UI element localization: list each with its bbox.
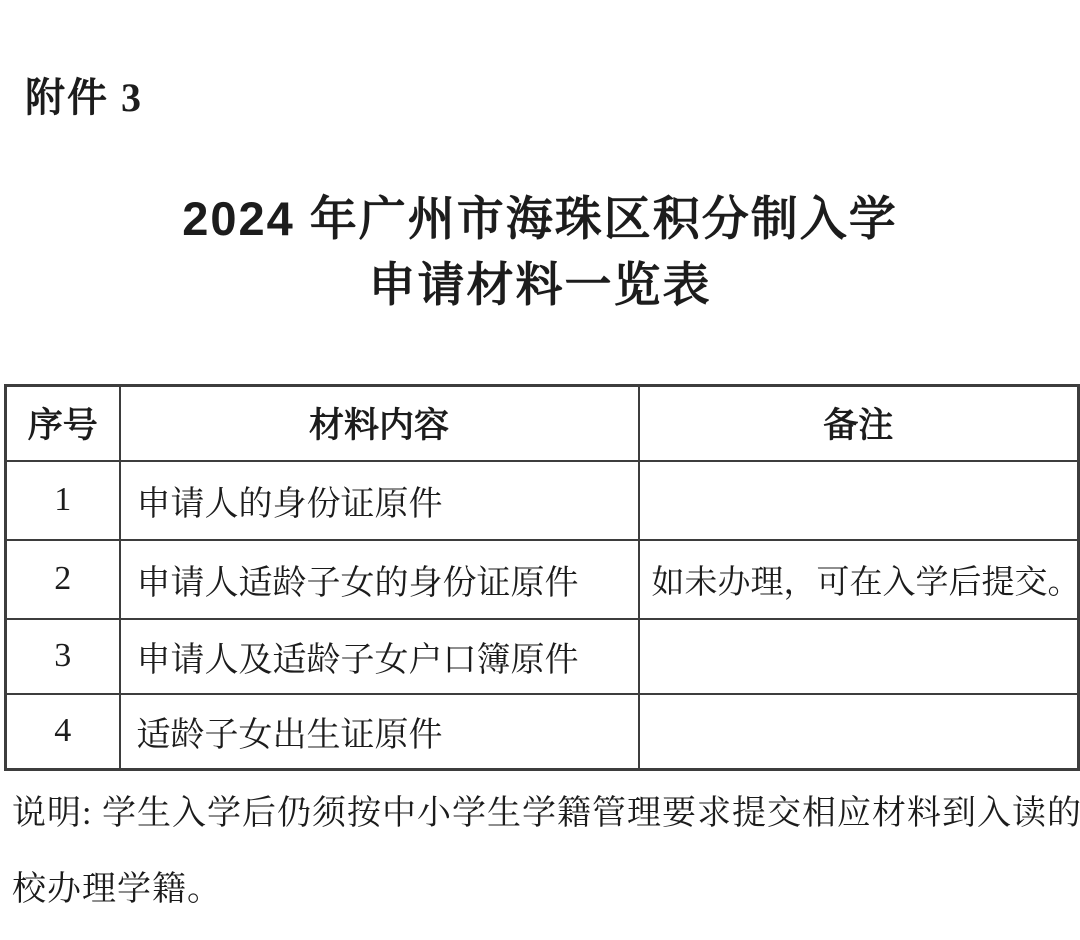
cell-material: 申请人的身份证原件 bbox=[120, 461, 639, 540]
note: 说明: 学生入学后仍须按中小学生学籍管理要求提交相应材料到入读的学 校办理学籍。 bbox=[12, 776, 1076, 928]
table-row: 4 适龄子女出生证原件 bbox=[6, 694, 1079, 770]
note-line-1: 说明: 学生入学后仍须按中小学生学籍管理要求提交相应材料到入读的学 bbox=[12, 776, 1076, 852]
table-row: 1 申请人的身份证原件 bbox=[6, 461, 1079, 540]
column-header-remark: 备注 bbox=[639, 386, 1079, 461]
document-page: 附件 3 2024 年广州市海珠区积分制入学 申请材料一览表 序号 材料内容 备… bbox=[0, 0, 1080, 940]
attachment-label: 附件 3 bbox=[25, 66, 143, 123]
table-row: 2 申请人适龄子女的身份证原件 如未办理，可在入学后提交。 bbox=[6, 540, 1079, 619]
cell-no: 4 bbox=[6, 694, 120, 770]
cell-no: 1 bbox=[6, 461, 120, 540]
note-line-2: 校办理学籍。 bbox=[12, 852, 1076, 928]
column-header-material: 材料内容 bbox=[120, 386, 639, 461]
cell-remark bbox=[639, 619, 1079, 694]
document-title-line-1: 2024 年广州市海珠区积分制入学 bbox=[0, 186, 1080, 252]
table-row: 3 申请人及适龄子女户口簿原件 bbox=[6, 619, 1079, 694]
cell-no: 2 bbox=[6, 540, 120, 619]
table-header-row: 序号 材料内容 备注 bbox=[6, 386, 1079, 461]
cell-material: 申请人适龄子女的身份证原件 bbox=[120, 540, 639, 619]
document-title: 2024 年广州市海珠区积分制入学 申请材料一览表 bbox=[0, 186, 1080, 318]
column-header-no: 序号 bbox=[6, 386, 120, 461]
cell-remark bbox=[639, 461, 1079, 540]
cell-material: 适龄子女出生证原件 bbox=[120, 694, 639, 770]
materials-table: 序号 材料内容 备注 1 申请人的身份证原件 2 申请人适龄子女的身份证原件 如… bbox=[4, 384, 1080, 771]
cell-remark: 如未办理，可在入学后提交。 bbox=[639, 540, 1079, 619]
document-title-line-2: 申请材料一览表 bbox=[0, 252, 1080, 318]
cell-remark bbox=[639, 694, 1079, 770]
cell-no: 3 bbox=[6, 619, 120, 694]
cell-material: 申请人及适龄子女户口簿原件 bbox=[120, 619, 639, 694]
